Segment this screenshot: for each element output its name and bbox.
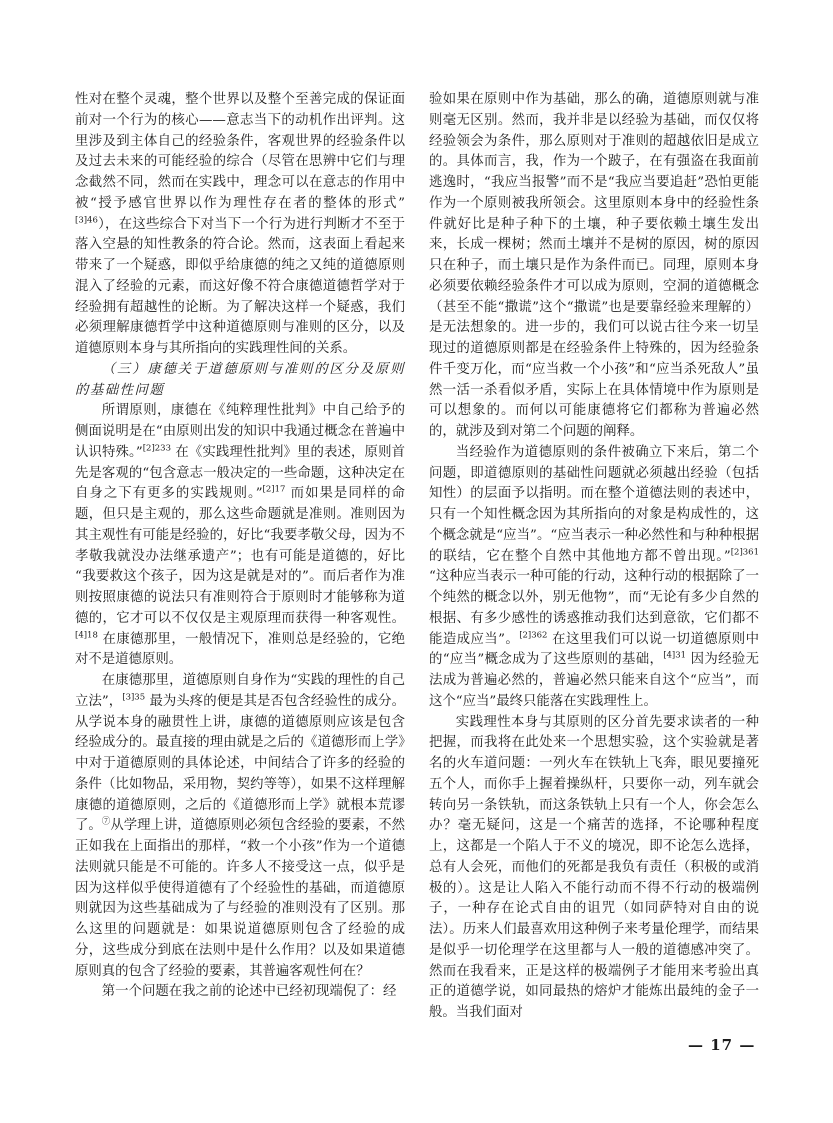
page-number: — 17 —: [688, 1036, 768, 1054]
section-heading: （三）康德关于道德原则与准则的区分及原则的基础性问题: [75, 360, 405, 402]
body-paragraph: 在康德那里，道德原则自身作为“实践的理性的自己立法”，[3]35 最为头疼的便是…: [75, 671, 405, 982]
body-paragraph: 实践理性本身与其原则的区分首先要求读者的一种把握，而我将在此处来一个思想实验，这…: [429, 713, 759, 1024]
left-column: 性对在整个灵魂，整个世界以及整个至善完成的保证面前对一个行为的核心——意志当下的…: [75, 90, 405, 1024]
two-column-text-area: 性对在整个灵魂，整个世界以及整个至善完成的保证面前对一个行为的核心——意志当下的…: [75, 90, 759, 1024]
body-paragraph: 验如果在原则中作为基础，那么的确，道德原则就与准则毫无区别。然而，我并非是以经验…: [429, 90, 759, 443]
citation-superscript: [4]31: [663, 651, 686, 661]
page-number-dash-left: —: [688, 1036, 710, 1054]
page-number-value: 17: [710, 1036, 733, 1054]
citation-superscript: [3]46: [75, 215, 98, 225]
citation-superscript: [2]233: [143, 443, 171, 453]
citation-superscript: [2]361: [731, 547, 759, 557]
citation-superscript: [2]17: [263, 485, 286, 495]
citation-superscript: [3]35: [122, 692, 145, 702]
body-paragraph: 当经验作为道德原则的条件被确立下来后，第二个问题，即道德原则的基础性问题就必须越…: [429, 443, 759, 713]
body-paragraph: 所谓原则，康德在《纯粹理性批判》中自己给予的侧面说明是在“由原则出发的知识中我通…: [75, 401, 405, 671]
citation-superscript: [2]362: [519, 630, 547, 640]
page-number-dash-right: —: [733, 1036, 755, 1054]
document-page: 性对在整个灵魂，整个世界以及整个至善完成的保证面前对一个行为的核心——意志当下的…: [0, 0, 833, 1123]
body-paragraph: 第一个问题在我之前的论述中已经初现端倪了：经: [75, 982, 405, 1003]
body-paragraph: 性对在整个灵魂，整个世界以及整个至善完成的保证面前对一个行为的核心——意志当下的…: [75, 90, 405, 360]
right-column: 验如果在原则中作为基础，那么的确，道德原则就与准则毫无区别。然而，我并非是以经验…: [429, 90, 759, 1024]
citation-superscript: ⑦: [102, 817, 111, 827]
citation-superscript: [4]18: [75, 630, 98, 640]
